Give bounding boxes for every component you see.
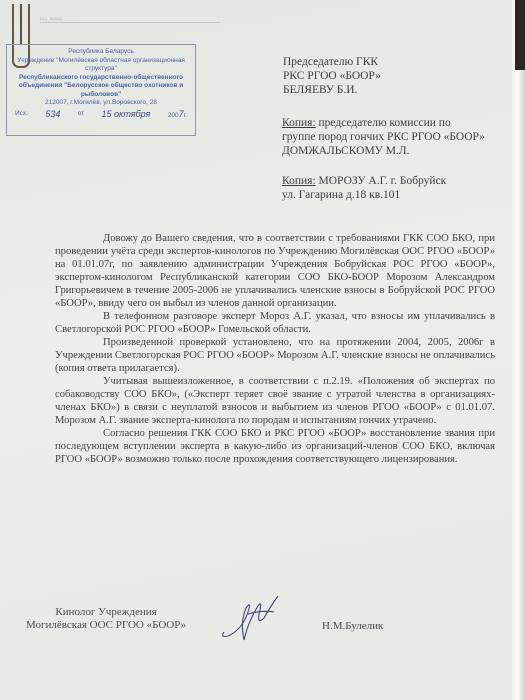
- year-prefix: 200: [168, 112, 179, 119]
- background-corner: [515, 0, 525, 70]
- copy2-line-2: ул. Гагарина д.18 кв.101: [282, 188, 446, 202]
- stamp-registration: Исх. 534 от 15 октября 2007г.: [7, 110, 195, 121]
- copy1-line-2: группе пород гончих РКС РГОО «БООР»: [282, 130, 485, 144]
- recipient-line-3: БЕЛЯЕВУ Б.И.: [283, 83, 381, 97]
- paragraph: Учитывая вышеизложенное, в соответствии …: [55, 375, 495, 427]
- recipient-line-1: Председателю ГКК: [283, 55, 381, 69]
- paragraph: Согласно решения ГКК СОО БКО и РКС РГОО …: [55, 427, 495, 466]
- copy-block-2: Копия: МОРОЗУ А.Г. г. Бобруйск ул. Гагар…: [282, 174, 446, 202]
- page-edge: [512, 0, 525, 700]
- copy-label: Копия:: [282, 117, 316, 129]
- out-label: Исх.: [15, 110, 28, 121]
- stamp-parent-org: Республиканского государственно-обществе…: [7, 74, 195, 100]
- copy-block-1: Копия: председателю комиссии по группе п…: [282, 116, 485, 158]
- copy2-line-1: МОРОЗУ А.Г. г. Бобруйск: [316, 175, 447, 187]
- document-page: исх. номер Республика Беларусь Учреждени…: [0, 0, 512, 700]
- recipient-line-2: РКС РГОО «БООР»: [283, 69, 381, 83]
- out-date: 15 октября: [102, 110, 151, 121]
- stamp-country: Республика Беларусь: [7, 48, 195, 57]
- position-line-2: Могилёвская ООС РГОО «БООР»: [26, 619, 186, 632]
- paragraph: Произведенной проверкой установлено, что…: [55, 336, 495, 375]
- out-number: 534: [45, 110, 60, 121]
- copy1-line-3: ДОМЖАЛЬСКОМУ М.Л.: [282, 144, 485, 158]
- year-end: г.: [184, 112, 187, 119]
- paperclip-wire: [20, 4, 22, 44]
- position-line-1: Кинолог Учреждения: [26, 606, 186, 619]
- paragraph: В телефонном разговоре эксперт Мороз А.Г…: [55, 310, 495, 336]
- copy1-line-1: председателю комиссии по: [316, 117, 451, 129]
- header-line: исх. номер: [40, 17, 220, 23]
- paragraph: Довожу до Вашего сведения, что в соответ…: [55, 232, 495, 310]
- stamp-institution: Учреждение "Могилёвская областная органи…: [7, 57, 195, 74]
- handwritten-signature-icon: [218, 592, 284, 644]
- letter-body: Довожу до Вашего сведения, что в соответ…: [55, 232, 495, 466]
- stamp-address: 212007, г.Могилёв, ул.Воровского, 28: [7, 99, 195, 108]
- organization-stamp: Республика Беларусь Учреждение "Могилёвс…: [6, 44, 196, 136]
- signatory-name: Н.М.Булелик: [322, 620, 383, 632]
- signatory-position: Кинолог Учреждения Могилёвская ООС РГОО …: [26, 606, 186, 632]
- recipient-block: Председателю ГКК РКС РГОО «БООР» БЕЛЯЕВУ…: [283, 55, 381, 97]
- from-label: от: [78, 110, 84, 121]
- copy-label: Копия:: [282, 175, 316, 187]
